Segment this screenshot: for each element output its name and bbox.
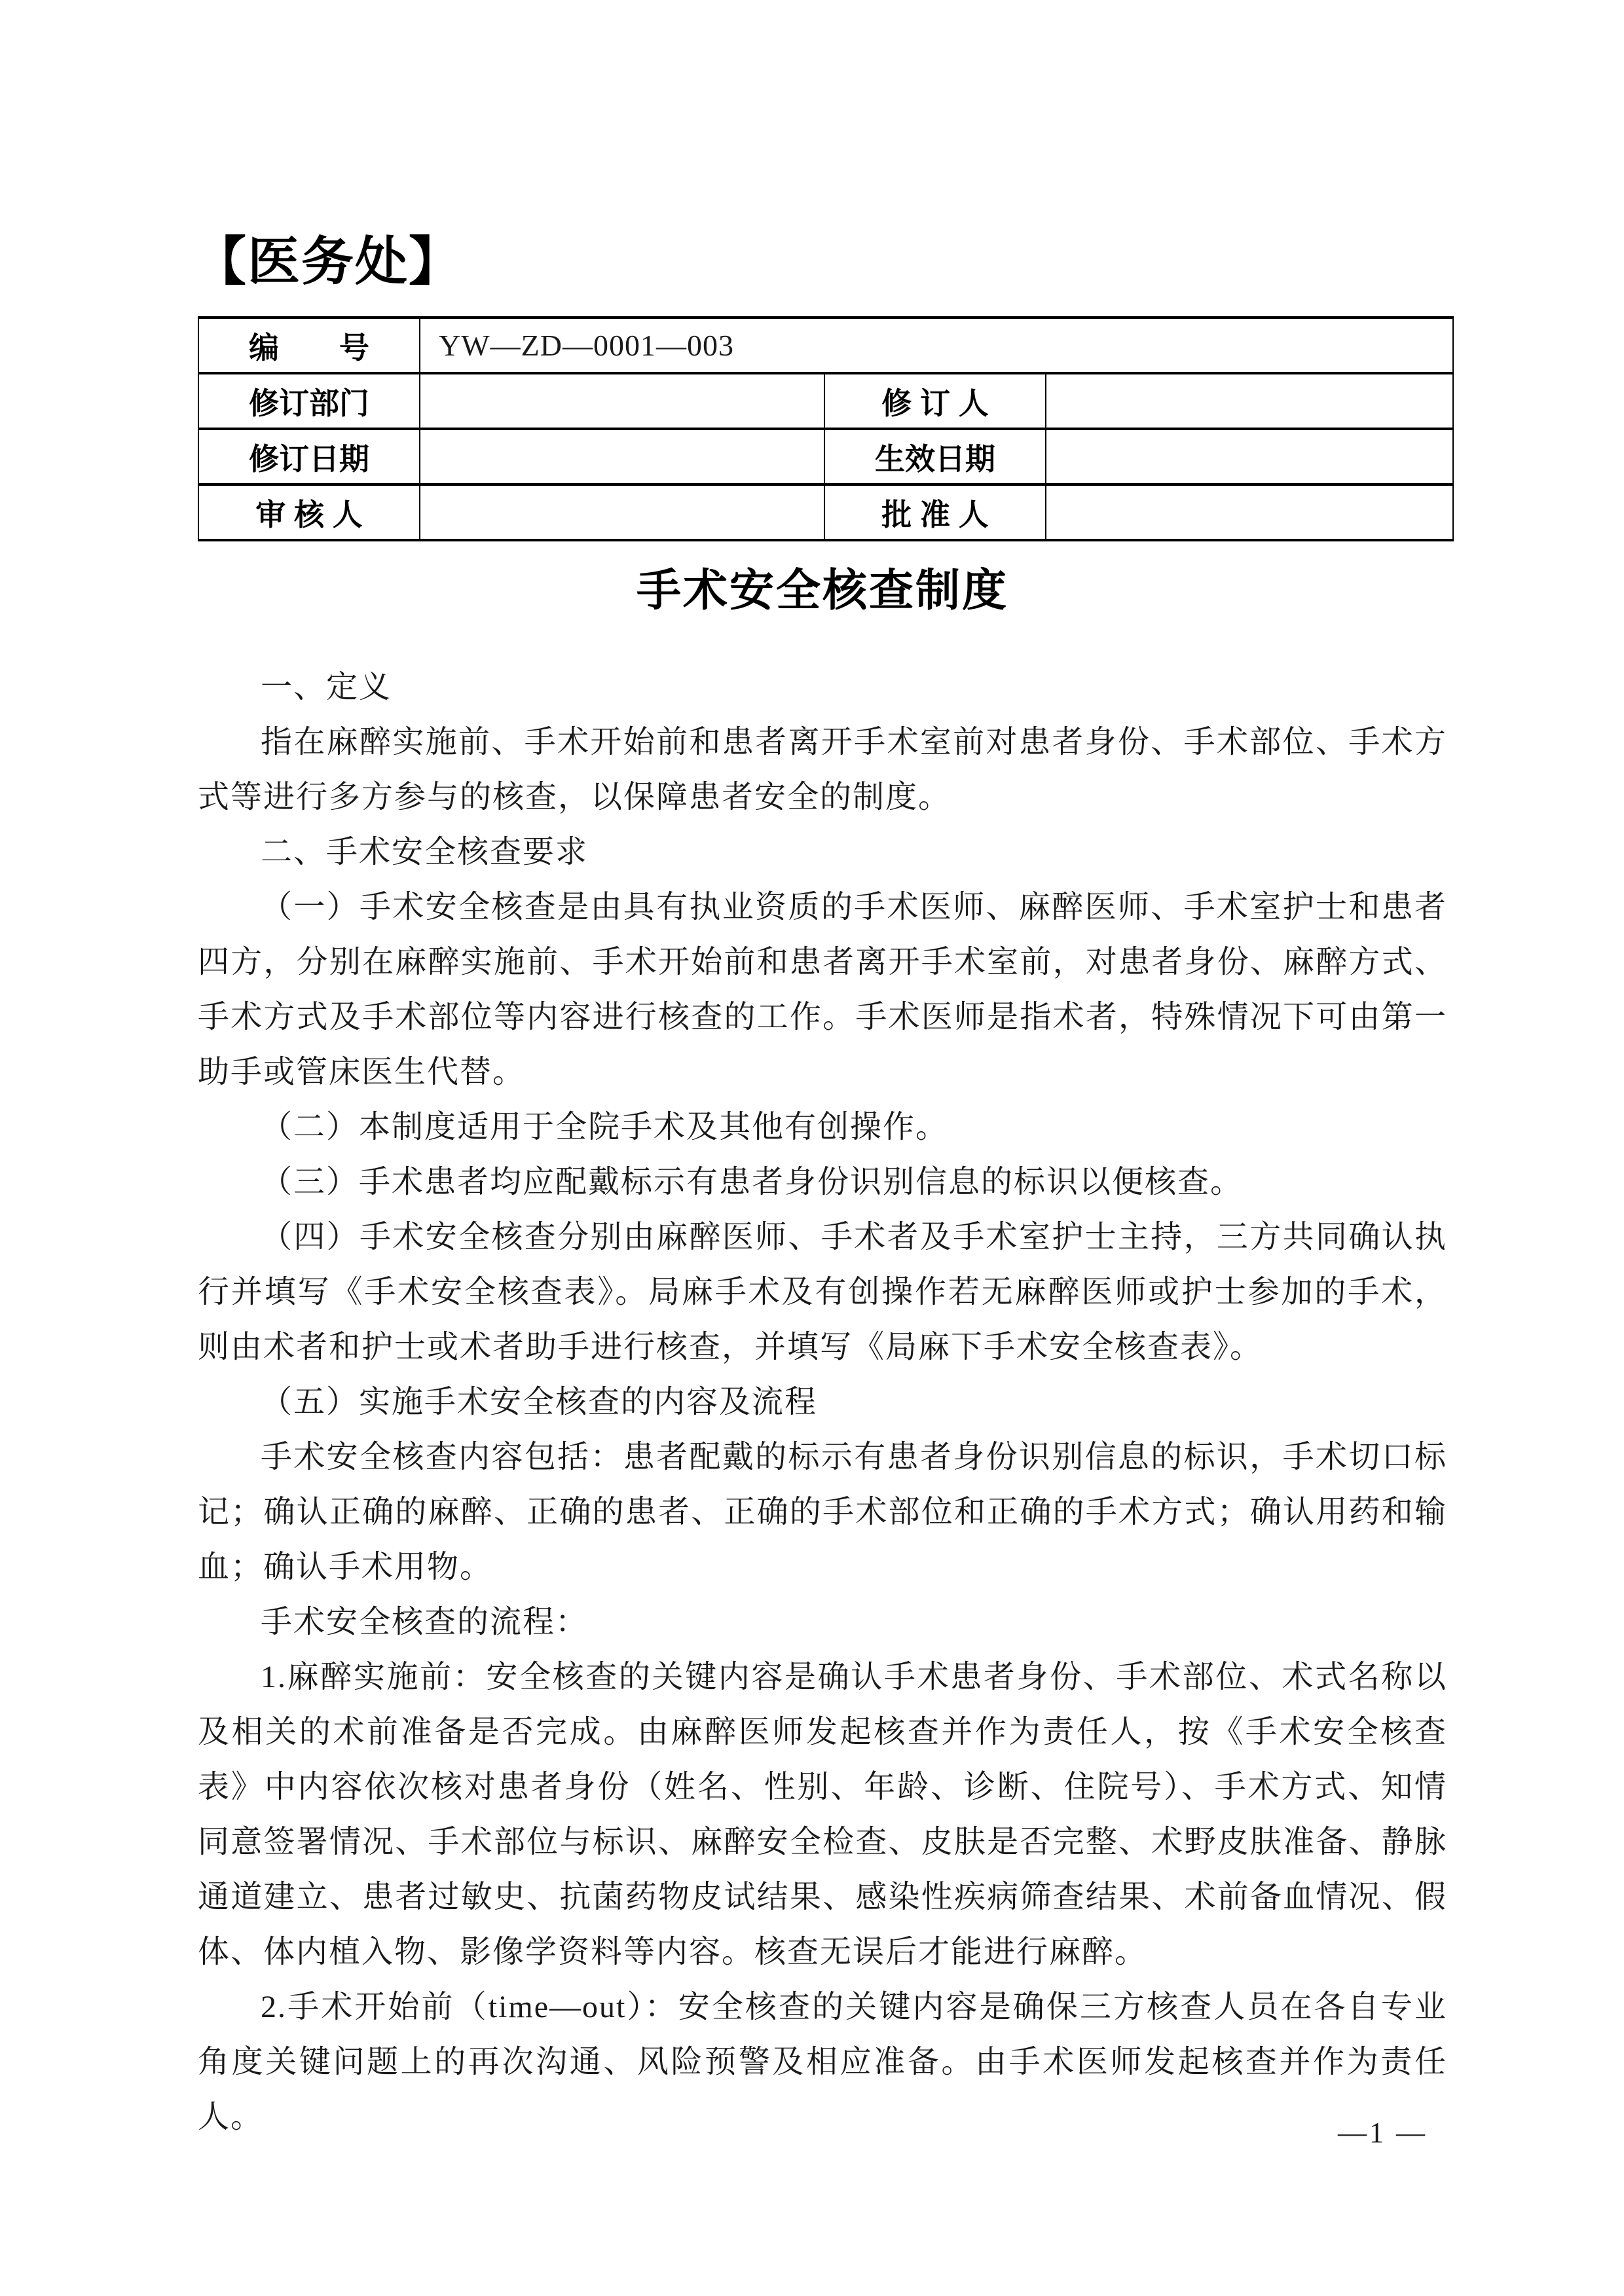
body-paragraph: （五）实施手术安全核查的内容及流程 [198,1375,1447,1430]
body-paragraph: 手术安全核查的流程： [198,1595,1447,1650]
revision-date-value [420,429,824,484]
number-value: YW—ZD—0001—003 [420,318,1453,373]
effective-date-value [1046,429,1453,484]
revision-dept-value [420,373,824,429]
table-row: 修订部门 修 订 人 [198,373,1453,429]
document-info-table: 编 号 YW—ZD—0001—003 修订部门 修 订 人 修订日期 生效日期 … [198,316,1454,541]
department-header: 【医务处】 [194,230,462,293]
body-paragraph: （三）手术患者均应配戴标示有患者身份识别信息的标识以便核查。 [198,1155,1447,1210]
approver-label: 批 准 人 [824,484,1046,540]
body-paragraph: 1.麻醉实施前：安全核查的关键内容是确认手术患者身份、手术部位、术式名称以及相关… [198,1650,1447,1980]
body-paragraph: 一、定义 [198,660,1447,715]
body-paragraph: 2.手术开始前（time—out）：安全核查的关键内容是确保三方核查人员在各自专… [198,1980,1447,2145]
table-row: 修订日期 生效日期 [198,429,1453,484]
auditor-value [420,484,824,540]
table-row: 编 号 YW—ZD—0001—003 [198,318,1453,373]
document-body: 一、定义指在麻醉实施前、手术开始前和患者离开手术室前对患者身份、手术部位、手术方… [198,660,1447,2145]
body-paragraph: 指在麻醉实施前、手术开始前和患者离开手术室前对患者身份、手术部位、手术方式等进行… [198,715,1447,825]
body-paragraph: 二、手术安全核查要求 [198,825,1447,880]
body-paragraph: 手术安全核查内容包括：患者配戴的标示有患者身份识别信息的标识，手术切口标记；确认… [198,1430,1447,1595]
reviser-label: 修 订 人 [824,373,1046,429]
body-paragraph: （一）手术安全核查是由具有执业资质的手术医师、麻醉医师、手术室护士和患者四方，分… [198,880,1447,1100]
page-title: 手术安全核查制度 [198,564,1447,617]
body-paragraph: （四）手术安全核查分别由麻醉医师、手术者及手术室护士主持，三方共同确认执行并填写… [198,1210,1447,1375]
table-row: 审 核 人 批 准 人 [198,484,1453,540]
reviser-value [1046,373,1453,429]
revision-date-label: 修订日期 [198,429,420,484]
auditor-label: 审 核 人 [198,484,420,540]
body-paragraph: （二）本制度适用于全院手术及其他有创操作。 [198,1100,1447,1155]
effective-date-label: 生效日期 [824,429,1046,484]
number-label: 编 号 [198,318,420,373]
approver-value [1046,484,1453,540]
page-number: —1 — [1338,2113,1428,2153]
revision-dept-label: 修订部门 [198,373,420,429]
document-page: 【医务处】 编 号 YW—ZD—0001—003 修订部门 修 订 人 修订日期… [0,0,1624,2296]
